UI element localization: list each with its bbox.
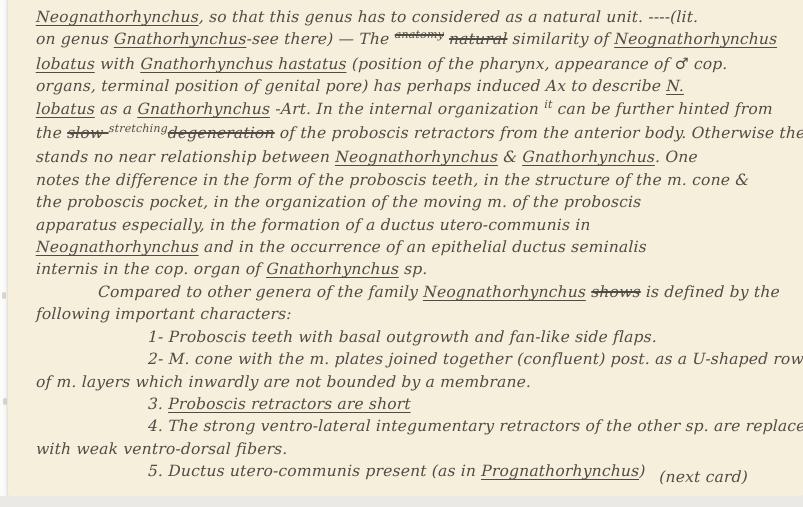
text-segment: is defined by the (640, 283, 780, 301)
text-segment: Compared to other genera of the family (98, 283, 424, 301)
text-segment: similarity of (507, 30, 615, 48)
text-segment: 3. (148, 395, 169, 413)
handwriting-line: on genus Gnathorhynchus-see there) — The… (36, 28, 800, 52)
paper-speck (2, 292, 6, 299)
text-segment: apparatus especially, in the formation o… (36, 216, 591, 234)
text-segment: 4. The strong ventro-lateral integumenta… (148, 417, 803, 435)
handwriting-line: of m. layers which inwardly are not boun… (36, 371, 800, 393)
handwriting-line: 5. Ductus utero-communis present (as in … (148, 460, 800, 482)
struck-word: slow (67, 124, 109, 142)
text-segment: 1- Proboscis teeth with basal outgrowth … (148, 328, 658, 346)
text-segment: of the proboscis retractors from the ant… (274, 124, 803, 142)
handwriting-line: with weak ventro-dorsal fibers. (36, 438, 800, 460)
taxon-name: Neognathorhynchus (335, 148, 499, 166)
taxon-name: Neognathorhynchus (36, 238, 200, 256)
text-segment: stretching (109, 122, 169, 135)
text-segment: with (95, 55, 141, 73)
taxon-name: Proboscis retractors are short (168, 395, 411, 413)
text-segment: it (544, 98, 553, 111)
text-segment: & (498, 148, 523, 166)
text-segment: the (36, 124, 68, 142)
handwriting-line: internis in the cop. organ of Gnathorhyn… (36, 258, 800, 280)
handwriting-line: lobatus with Gnathorhynchus hastatus (po… (36, 53, 800, 75)
handwriting-line: 1- Proboscis teeth with basal outgrowth … (148, 326, 800, 348)
text-segment: organs, terminal position of genital por… (36, 77, 667, 95)
handwriting-line: apparatus especially, in the formation o… (36, 214, 800, 236)
text-segment: and in the occurrence of an epithelial d… (199, 238, 648, 256)
text-segment: on genus (36, 30, 115, 48)
text-segment: . One (655, 148, 698, 166)
handwriting-line: stands no near relationship between Neog… (36, 146, 800, 168)
taxon-name: Neognathorhynchus (36, 8, 200, 26)
text-segment: can be further hinted from (552, 100, 773, 118)
text-segment: sp. (399, 260, 428, 278)
taxon-name: Gnathorhynchus (266, 260, 399, 278)
text-segment: (position of the pharynx, appearance of … (346, 55, 727, 73)
handwriting-line: following important characters: (36, 303, 800, 325)
taxon-name: Gnathorhynchus (114, 30, 247, 48)
text-segment: notes the difference in the form of the … (36, 171, 750, 189)
text-segment: ) (639, 462, 646, 480)
text-segment: -Art. In the internal organization (270, 100, 545, 118)
handwriting-line: 2- M. cone with the m. plates joined tog… (148, 348, 800, 370)
taxon-name: Gnathorhynchus hastatus (140, 55, 347, 73)
taxon-name: lobatus (36, 55, 96, 73)
taxon-name: Gnathorhynchus (522, 148, 655, 166)
handwriting-line: lobatus as a Gnathorhynchus -Art. In the… (36, 98, 800, 122)
handwritten-text-block: Neognathorhynchus, so that this genus ha… (8, 0, 803, 496)
struck-word: degeneration (167, 124, 275, 142)
handwriting-line: organs, terminal position of genital por… (36, 75, 800, 97)
text-segment: -see there) — The (246, 30, 394, 48)
taxon-name: Gnathorhynchus (137, 100, 270, 118)
taxon-name: N. (666, 77, 685, 95)
text-segment: with weak ventro-dorsal fibers. (36, 440, 288, 458)
handwriting-line: Neognathorhynchus and in the occurrence … (36, 236, 800, 258)
struck-word: shows (591, 283, 641, 301)
handwriting-line: Neognathorhynchus, so that this genus ha… (36, 6, 800, 28)
taxon-name: Neognathorhynchus (614, 30, 778, 48)
text-segment: , so that this genus has to considered a… (199, 8, 699, 26)
text-segment: internis in the cop. organ of (36, 260, 267, 278)
text-segment: following important characters: (36, 305, 292, 323)
index-card: Neognathorhynchus, so that this genus ha… (8, 0, 803, 496)
taxon-name: Prognathorhynchus (481, 462, 640, 480)
taxon-name: lobatus (36, 100, 96, 118)
handwriting-line: Compared to other genera of the family N… (98, 281, 800, 303)
background-margin (0, 496, 803, 507)
text-segment: (next card) (659, 468, 748, 486)
handwriting-line: the proboscis pocket, in the organizatio… (36, 191, 800, 213)
handwriting-line: 4. The strong ventro-lateral integumenta… (148, 415, 800, 437)
handwriting-line: the slow stretchingdegeneration of the p… (36, 122, 800, 146)
text-segment: as a (95, 100, 138, 118)
paper-speck (3, 398, 7, 405)
text-segment: of m. layers which inwardly are not boun… (36, 373, 532, 391)
handwriting-line: 3. Proboscis retractors are short (148, 393, 800, 415)
text-segment: stands no near relationship between (36, 148, 336, 166)
struck-word: anatomy (395, 28, 445, 41)
struck-word: natural (449, 30, 508, 48)
taxon-name: Neognathorhynchus (423, 283, 587, 301)
text-segment: 5. Ductus utero-communis present (as in (148, 462, 482, 480)
text-segment: the proboscis pocket, in the organizatio… (36, 193, 642, 211)
handwriting-line: notes the difference in the form of the … (36, 169, 800, 191)
text-segment: 2- M. cone with the m. plates joined tog… (148, 350, 803, 368)
